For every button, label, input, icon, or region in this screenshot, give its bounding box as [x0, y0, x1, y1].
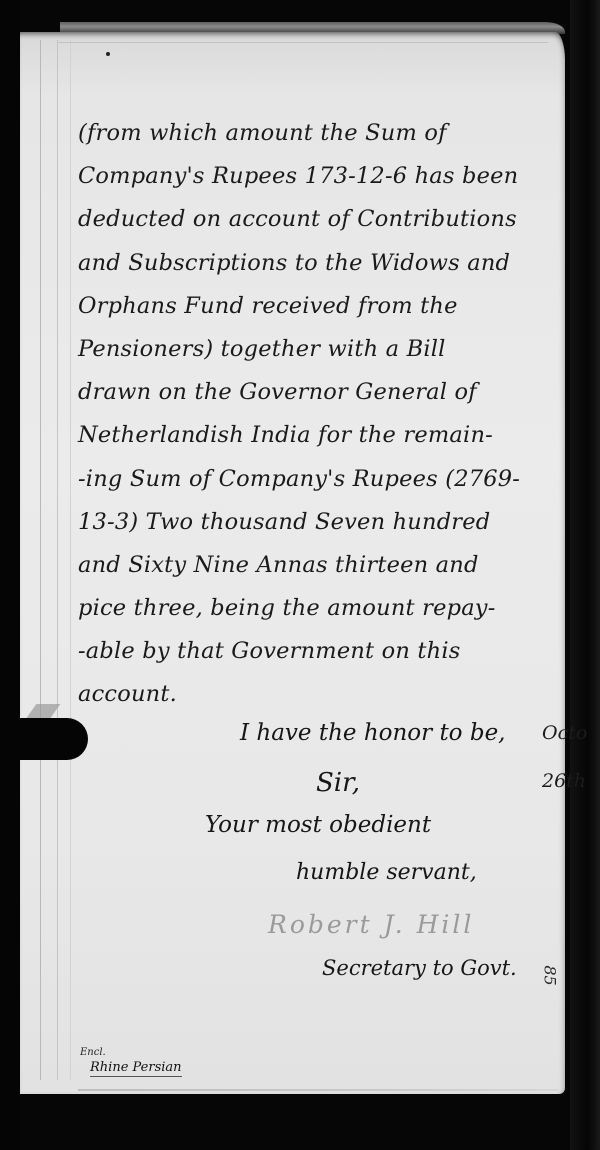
ink-spot: [106, 52, 110, 56]
enclosure-value: Rhine Persian: [90, 1060, 182, 1077]
letter-line: Pensioners) together with a Bill: [78, 328, 548, 371]
closing-salutation: Sir,: [316, 768, 360, 798]
letter-line: pice three, being the amount repay-: [78, 587, 548, 630]
letter-line: -ing Sum of Company's Rupees (2769-: [78, 458, 548, 501]
signatory-title: Secretary to Govt.: [322, 956, 517, 980]
page-bottom-rule: [78, 1089, 558, 1091]
margin-date-month: Octo: [542, 722, 587, 744]
page-inner-frame: [58, 42, 548, 43]
folio-number: 85: [541, 965, 560, 985]
margin-date-day: 26th: [542, 770, 586, 792]
left-scan-border: [0, 0, 20, 1150]
letter-line: Netherlandish India for the remain-: [78, 414, 548, 457]
letter-line: 13-3) Two thousand Seven hundred: [78, 501, 548, 544]
margin-fold-line: [70, 40, 71, 1080]
letter-line: Company's Rupees 173-12-6 has been: [78, 155, 548, 198]
margin-fold-line: [40, 40, 41, 1080]
binding-clip: [0, 718, 88, 760]
closing-honour: I have the honor to be,: [240, 720, 506, 746]
closing-obedient: Your most obedient: [205, 812, 431, 838]
closing-humble-servant: humble servant,: [296, 860, 477, 885]
letter-line: deducted on account of Contributions: [78, 198, 548, 241]
letter-line: account.: [78, 673, 548, 716]
margin-fold-line: [57, 40, 58, 1080]
right-binding-strip: [570, 0, 600, 1150]
letter-line: drawn on the Governor General of: [78, 371, 548, 414]
letter-line: Orphans Fund received from the: [78, 285, 548, 328]
signature: Robert J. Hill: [268, 910, 474, 939]
enclosure-label: Encl.: [80, 1047, 106, 1058]
letter-body: (from which amount the Sum of Company's …: [78, 112, 548, 717]
letter-line: and Subscriptions to the Widows and: [78, 242, 548, 285]
letter-line: (from which amount the Sum of: [78, 112, 548, 155]
letter-line: -able by that Government on this: [78, 630, 548, 673]
letter-line: and Sixty Nine Annas thirteen and: [78, 544, 548, 587]
